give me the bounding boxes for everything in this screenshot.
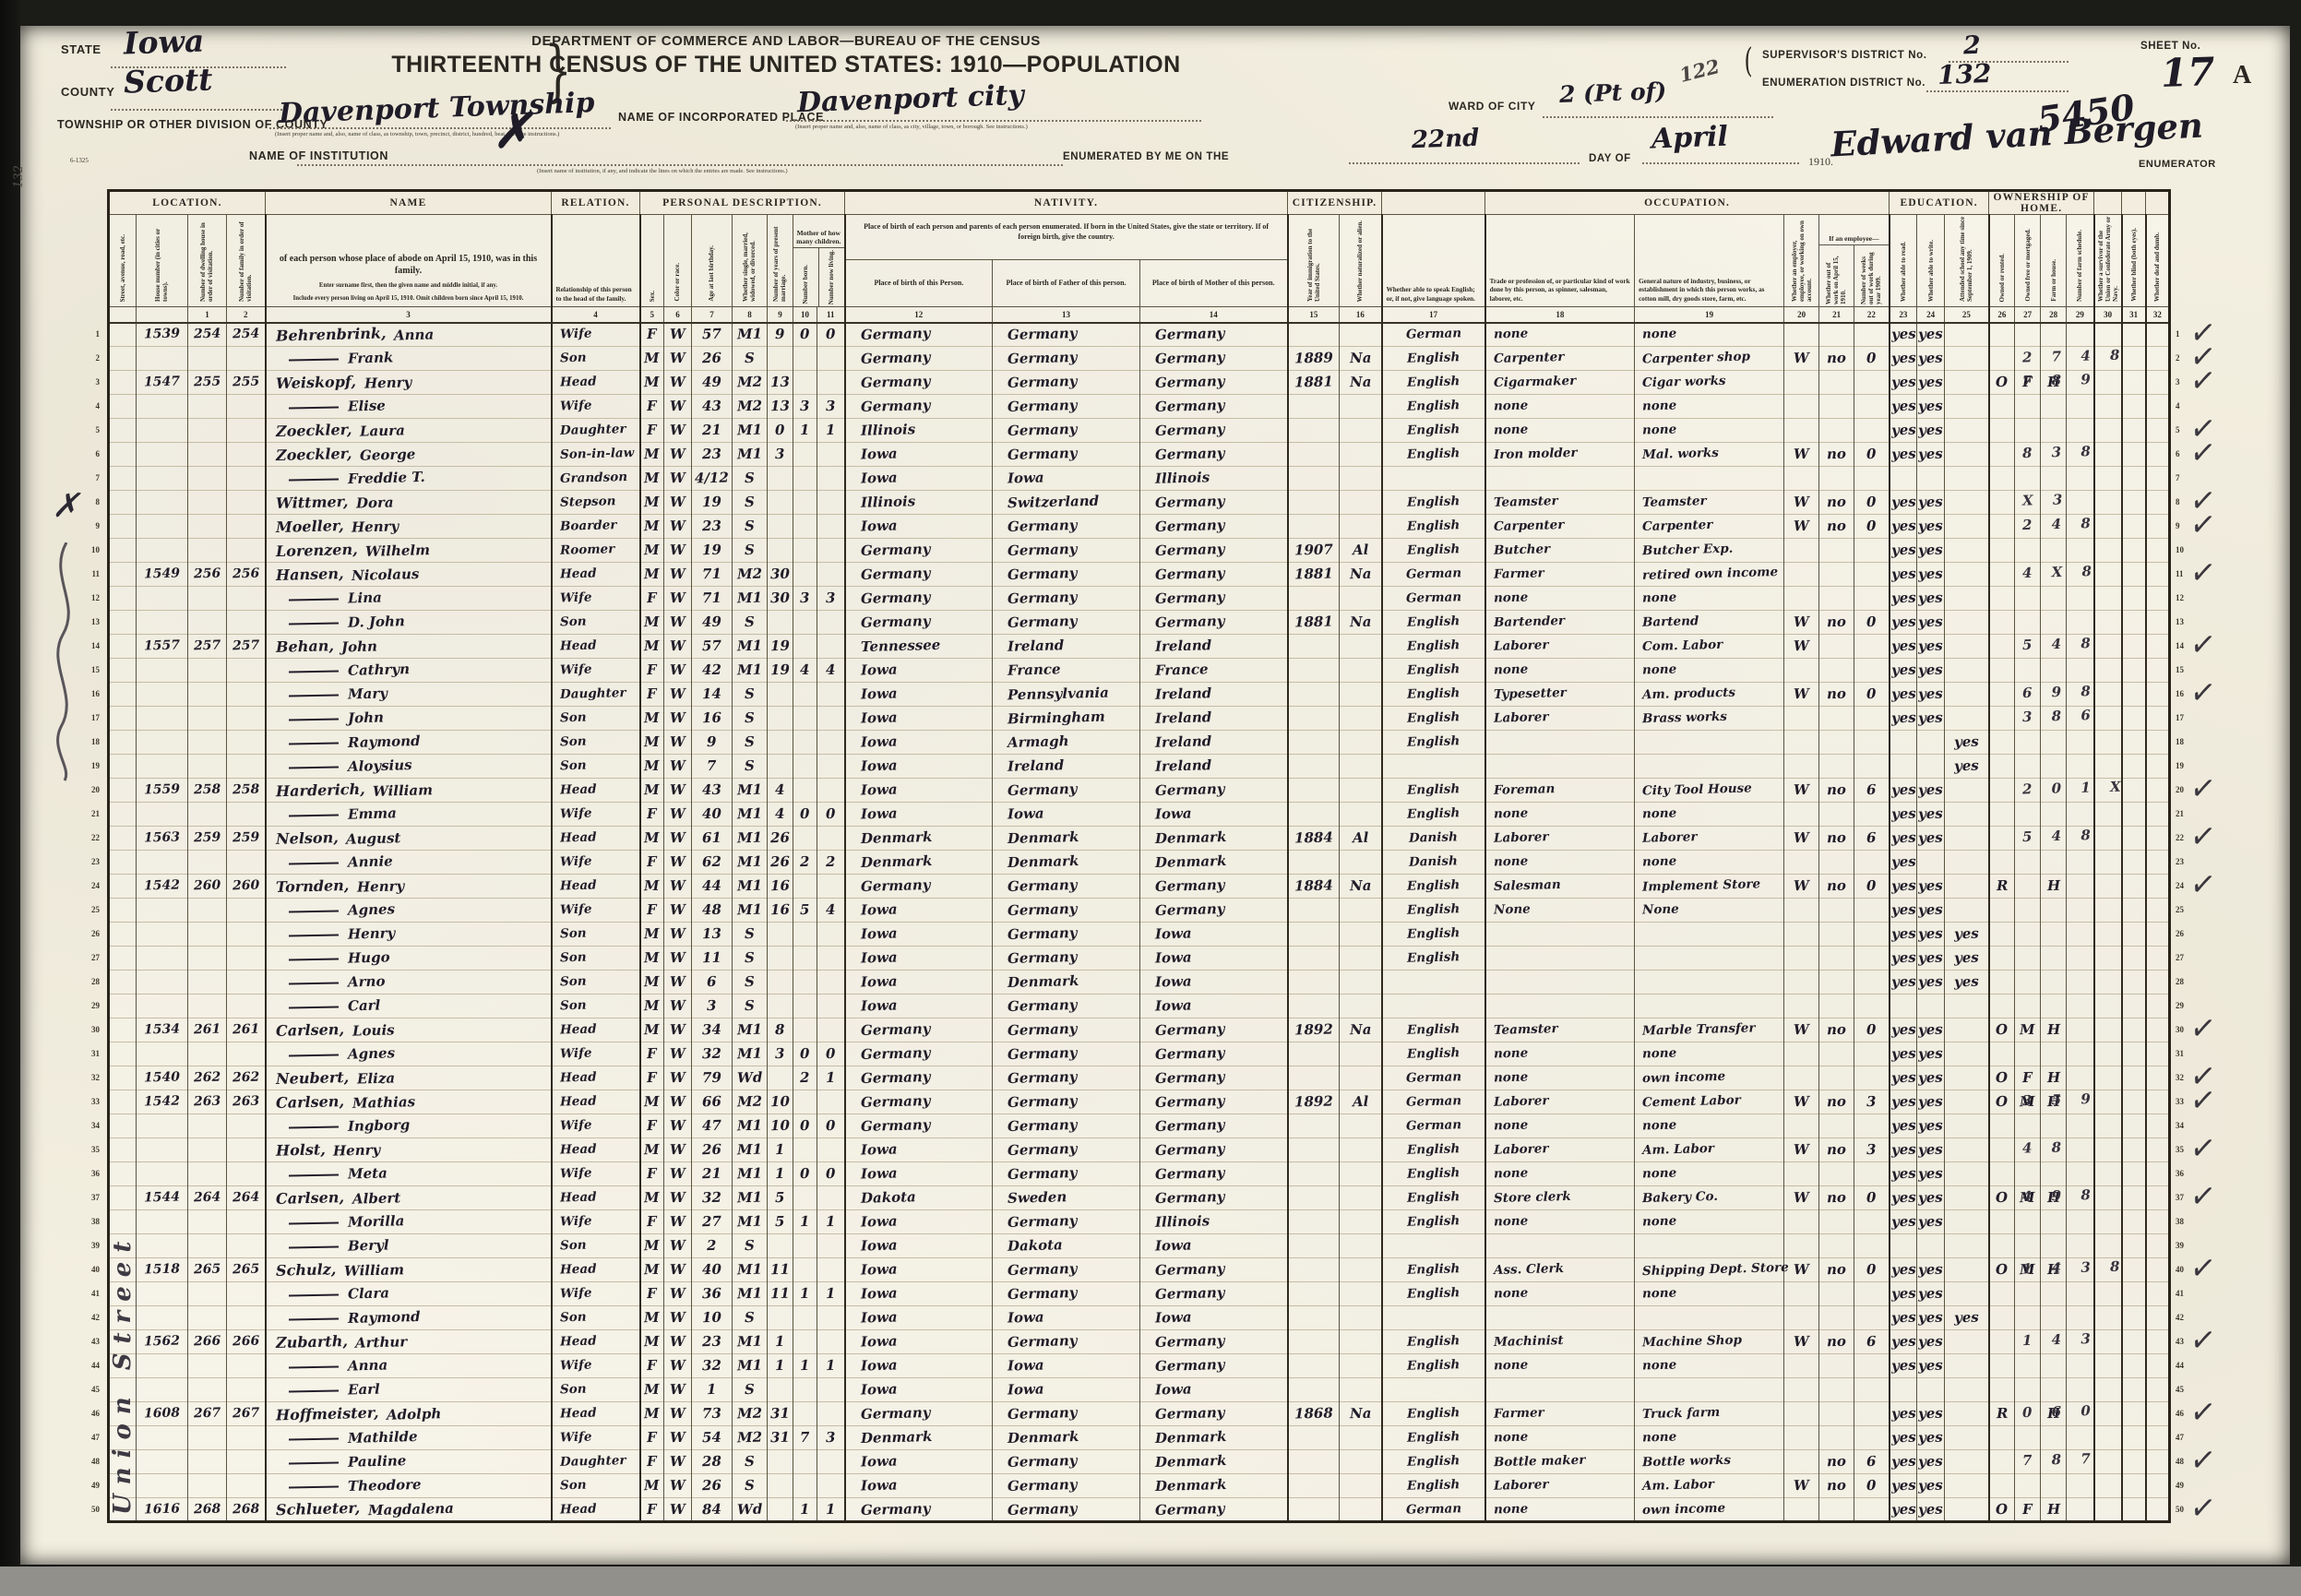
cell-cl: 1	[817, 1354, 845, 1378]
cell-dw	[188, 1306, 227, 1330]
row-number-left: 13	[77, 617, 100, 626]
cell-dw	[188, 515, 227, 539]
cell-wr: yes	[1917, 347, 1945, 371]
cell-cb: 1	[793, 1498, 817, 1522]
cell-st	[109, 371, 137, 395]
cell-em	[1784, 755, 1819, 779]
cell-lg	[1382, 755, 1485, 779]
cell-na	[1340, 491, 1382, 515]
cell-rl: Son	[552, 1474, 640, 1498]
cell-df	[2146, 1474, 2170, 1498]
cell-lg: English	[1382, 1330, 1485, 1354]
row-number-left: 16	[77, 689, 100, 698]
cell-mb: Germany	[1140, 1282, 1288, 1306]
col-number: 3	[266, 307, 552, 323]
cell-sc	[1945, 899, 1989, 923]
cell-in: Bartend	[1635, 611, 1784, 635]
cell-hs	[137, 1138, 188, 1162]
cell-hs	[137, 1306, 188, 1330]
cell-mr: M1	[733, 1282, 768, 1306]
cell-sc	[1945, 995, 1989, 1018]
cell-em	[1784, 419, 1819, 443]
cell-ag: 32	[692, 1354, 733, 1378]
cell-bp: Germany	[845, 1066, 993, 1090]
cell-ag: 23	[692, 443, 733, 467]
row-number-left: 15	[77, 665, 100, 674]
cell-in: own income	[1635, 1498, 1784, 1522]
cell-lg: English	[1382, 899, 1485, 923]
cell-in	[1635, 1306, 1784, 1330]
cell-in: Carpenter shop	[1635, 347, 1784, 371]
cell-cr: W	[664, 1066, 692, 1090]
cell-dw	[188, 1282, 227, 1306]
cell-o1	[1989, 779, 2015, 803]
cell-tr: Iron molder	[1485, 443, 1635, 467]
cell-ag: 21	[692, 1162, 733, 1186]
cell-bl	[2122, 731, 2146, 755]
cell-o1	[1989, 755, 2015, 779]
cell-sc	[1945, 1498, 1989, 1522]
cell-rd: yes	[1890, 1210, 1917, 1234]
cell-tr: Laborer	[1485, 1090, 1635, 1114]
cell-ow: no	[1819, 1090, 1854, 1114]
cell-cb: 3	[793, 395, 817, 419]
cell-ag: 48	[692, 899, 733, 923]
cell-wk	[1854, 1114, 1890, 1138]
cell-ym: 1	[768, 1330, 793, 1354]
cell-fm	[227, 1234, 266, 1258]
cell-tr	[1485, 1378, 1635, 1402]
cell-na	[1340, 947, 1382, 971]
paren-glyph: (	[1744, 42, 1752, 80]
checkmark: ✓	[2188, 1006, 2219, 1051]
cell-sc	[1945, 875, 1989, 899]
cell-im	[1288, 707, 1340, 731]
cell-sx: F	[640, 1114, 664, 1138]
cell-sc	[1945, 587, 1989, 611]
cell-ag: 2	[692, 1234, 733, 1258]
cell-in: Am. Labor	[1635, 1474, 1784, 1498]
cell-ag: 43	[692, 395, 733, 419]
cell-ow	[1819, 947, 1854, 971]
col-number: 29	[2067, 307, 2094, 323]
cell-cl	[817, 563, 845, 587]
cell-df	[2146, 347, 2170, 371]
cell-rl: Son	[552, 611, 640, 635]
cell-rl: Son	[552, 923, 640, 947]
cell-wr: yes	[1917, 683, 1945, 707]
cell-tr: Farmer	[1485, 1402, 1635, 1426]
cell-mb: Germany	[1140, 395, 1288, 419]
cell-em	[1784, 1114, 1819, 1138]
cell-em: W	[1784, 1474, 1819, 1498]
cell-im	[1288, 683, 1340, 707]
cell-o1	[1989, 515, 2015, 539]
cell-o4	[2067, 1474, 2094, 1498]
table-row: 1540262262Neubert,ElizaHeadFW79Wd21Germa…	[109, 1066, 2170, 1090]
cell-ow	[1819, 1498, 1854, 1522]
col-desc: Whether blind (both eyes).	[2122, 215, 2146, 307]
cell-im	[1288, 1474, 1340, 1498]
cell-o3	[2041, 419, 2067, 443]
cell-rl: Head	[552, 371, 640, 395]
row-number-right: 17	[2176, 713, 2194, 722]
cell-cr: W	[664, 899, 692, 923]
row-number-right: 13	[2176, 617, 2194, 626]
cell-o1	[1989, 1234, 2015, 1258]
cell-wr: yes	[1917, 1498, 1945, 1522]
cell-tr: Bartender	[1485, 611, 1635, 635]
cell-wk: 0	[1854, 875, 1890, 899]
cell-mb: France	[1140, 659, 1288, 683]
cell-hs	[137, 683, 188, 707]
cell-in: Teamster	[1635, 491, 1784, 515]
cell-na	[1340, 707, 1382, 731]
cell-tr	[1485, 995, 1635, 1018]
table-row: PaulineDaughterFW28SIowaGermanyDenmarkEn…	[109, 1450, 2170, 1474]
cell-rd: yes	[1890, 1258, 1917, 1282]
county-label: COUNTY	[61, 85, 115, 99]
cell-ym: 5	[768, 1186, 793, 1210]
cell-wk	[1854, 731, 1890, 755]
row-number-left: 46	[77, 1409, 100, 1418]
cell-o1	[1989, 1138, 2015, 1162]
cell-sc	[1945, 395, 1989, 419]
cell-vt	[2094, 1090, 2122, 1114]
cell-im	[1288, 635, 1340, 659]
cell-mb: Germany	[1140, 1330, 1288, 1354]
cell-o1	[1989, 323, 2015, 347]
cell-nm: Annie	[266, 851, 552, 875]
cell-nm: Clara	[266, 1282, 552, 1306]
cell-fm	[227, 587, 266, 611]
place-hint: (Insert proper name and, also, name of c…	[795, 124, 1028, 130]
cell-dw: 257	[188, 635, 227, 659]
cell-wk: 0	[1854, 491, 1890, 515]
cell-st	[109, 419, 137, 443]
row-number-right: 31	[2176, 1049, 2194, 1058]
enumerated-month: April	[1651, 121, 1728, 156]
cell-nm: Pauline	[266, 1450, 552, 1474]
cell-mb: Germany	[1140, 515, 1288, 539]
cell-st	[109, 347, 137, 371]
cell-ag: 61	[692, 827, 733, 851]
table-row: CathrynWifeFW42M11944IowaFranceFranceEng…	[109, 659, 2170, 683]
cell-bp: Germany	[845, 1114, 993, 1138]
cell-ag: 71	[692, 587, 733, 611]
col-desc: Attended school any time since September…	[1945, 215, 1989, 307]
cell-hs	[137, 443, 188, 467]
cell-im	[1288, 779, 1340, 803]
cell-nm: Freddie T.	[266, 467, 552, 491]
cell-sc	[1945, 707, 1989, 731]
cell-rd: yes	[1890, 1474, 1917, 1498]
cell-mr: M1	[733, 419, 768, 443]
cell-ow: no	[1819, 515, 1854, 539]
cell-wk: 0	[1854, 1258, 1890, 1282]
cell-ag: 10	[692, 1306, 733, 1330]
cell-bl	[2122, 1042, 2146, 1066]
cell-cl	[817, 1378, 845, 1402]
cell-nm: Meta	[266, 1162, 552, 1186]
cell-o2	[2015, 947, 2041, 971]
cell-cl	[817, 539, 845, 563]
institution-value: ✗	[492, 102, 532, 158]
cell-im: 1889	[1288, 347, 1340, 371]
cell-mb: Iowa	[1140, 947, 1288, 971]
cell-im	[1288, 995, 1340, 1018]
cell-vt	[2094, 1210, 2122, 1234]
cell-cl	[817, 707, 845, 731]
cell-hs: 1534	[137, 1018, 188, 1042]
cell-df	[2146, 947, 2170, 971]
cell-rl: Head	[552, 827, 640, 851]
cell-bp: Denmark	[845, 851, 993, 875]
cell-wk: 0	[1854, 347, 1890, 371]
cell-ow	[1819, 803, 1854, 827]
row-number-right: 39	[2176, 1241, 2194, 1250]
cell-cl	[817, 1018, 845, 1042]
cell-bp: Iowa	[845, 1210, 993, 1234]
cell-hs	[137, 1210, 188, 1234]
table-row: 1559258258Harderich,WilliamHeadMW43M14Io…	[109, 779, 2170, 803]
cell-sc	[1945, 1258, 1989, 1282]
cell-wk: 0	[1854, 443, 1890, 467]
cell-hs	[137, 347, 188, 371]
cell-na	[1340, 923, 1382, 947]
cell-lg	[1382, 1378, 1485, 1402]
group-title	[2146, 191, 2170, 215]
cell-nm: Carlsen,Mathias	[266, 1090, 552, 1114]
cell-fm	[227, 515, 266, 539]
cell-in: own income	[1635, 1066, 1784, 1090]
cell-o3	[2041, 1378, 2067, 1402]
cell-vt	[2094, 923, 2122, 947]
row-number-left: 10	[77, 545, 100, 554]
cell-ow	[1819, 755, 1854, 779]
cell-o1: O	[1989, 1258, 2015, 1282]
cell-sx: M	[640, 371, 664, 395]
cell-na	[1340, 467, 1382, 491]
cell-bl	[2122, 1090, 2146, 1114]
cell-em	[1784, 323, 1819, 347]
cell-df	[2146, 419, 2170, 443]
cell-hs: 1562	[137, 1330, 188, 1354]
cell-o2	[2015, 875, 2041, 899]
cell-o1	[1989, 1306, 2015, 1330]
cell-na	[1340, 899, 1382, 923]
cell-sx: M	[640, 971, 664, 995]
checkmark: ✓	[2188, 1318, 2219, 1363]
cell-im	[1288, 323, 1340, 347]
cell-cb	[793, 371, 817, 395]
cell-sc	[1945, 851, 1989, 875]
cell-ym: 31	[768, 1426, 793, 1450]
table-row: AnnaWifeFW32M1111IowaIowaGermanyEnglishn…	[109, 1354, 2170, 1378]
cell-mb: Germany	[1140, 1138, 1288, 1162]
cell-cb: 1	[793, 1210, 817, 1234]
cell-dw	[188, 1426, 227, 1450]
cell-cr: W	[664, 851, 692, 875]
row-number-left: 42	[77, 1313, 100, 1322]
cell-vt	[2094, 899, 2122, 923]
cell-bp: Iowa	[845, 779, 993, 803]
cell-sc	[1945, 1402, 1989, 1426]
cell-rd: yes	[1890, 1138, 1917, 1162]
checkmark: ✓	[2188, 551, 2219, 595]
cell-tr	[1485, 923, 1635, 947]
cell-ow	[1819, 1306, 1854, 1330]
cell-wk	[1854, 1378, 1890, 1402]
row-number-left: 38	[77, 1217, 100, 1226]
cell-o4	[2067, 1018, 2094, 1042]
cell-fb: Sweden	[993, 1186, 1140, 1210]
cell-rl: Head	[552, 1138, 640, 1162]
row-number-left: 27	[77, 953, 100, 962]
cell-cb	[793, 1450, 817, 1474]
cell-lg: English	[1382, 515, 1485, 539]
cell-df	[2146, 539, 2170, 563]
cell-hs	[137, 467, 188, 491]
col-number: 26	[1989, 307, 2015, 323]
table-row: D. JohnSonMW49SGermanyGermanyGermany1881…	[109, 611, 2170, 635]
row-number-left: 36	[77, 1169, 100, 1178]
cell-df	[2146, 827, 2170, 851]
cell-bp: Iowa	[845, 923, 993, 947]
cell-ow: no	[1819, 1474, 1854, 1498]
cell-o1: O	[1989, 1498, 2015, 1522]
cell-df	[2146, 1378, 2170, 1402]
cell-cl	[817, 1138, 845, 1162]
cell-vt	[2094, 1474, 2122, 1498]
cell-sc	[1945, 1282, 1989, 1306]
row-number-right: 41	[2176, 1289, 2194, 1298]
cell-o2	[2015, 1378, 2041, 1402]
cell-mr: M1	[733, 1258, 768, 1282]
cell-cr: W	[664, 1282, 692, 1306]
cell-ym	[768, 1450, 793, 1474]
cell-st	[109, 467, 137, 491]
cell-mb: Germany	[1140, 1498, 1288, 1522]
cell-cr: W	[664, 395, 692, 419]
supervisor-district-value: 2	[1962, 31, 1981, 61]
cell-dw	[188, 467, 227, 491]
cell-rl: Boarder	[552, 515, 640, 539]
cell-na	[1340, 1234, 1382, 1258]
cell-bl	[2122, 1114, 2146, 1138]
cell-cl	[817, 635, 845, 659]
sheet-value: 17	[2160, 49, 2215, 96]
cell-cb: 0	[793, 1114, 817, 1138]
cell-ow	[1819, 419, 1854, 443]
cell-df	[2146, 1138, 2170, 1162]
cell-bl	[2122, 1162, 2146, 1186]
cell-im	[1288, 515, 1340, 539]
cell-o4: 2 4 8	[2067, 515, 2094, 539]
col-desc: Farm or house.	[2041, 215, 2067, 307]
cell-vt	[2094, 395, 2122, 419]
cell-em	[1784, 923, 1819, 947]
cell-tr: none	[1485, 587, 1635, 611]
cell-na	[1340, 515, 1382, 539]
cell-na	[1340, 683, 1382, 707]
cell-in	[1635, 755, 1784, 779]
cell-vt	[2094, 827, 2122, 851]
cell-cl	[817, 755, 845, 779]
cell-wk	[1854, 1426, 1890, 1450]
cell-rl: Head	[552, 1066, 640, 1090]
cell-cr: W	[664, 371, 692, 395]
page-title: THIRTEENTH CENSUS OF THE UNITED STATES: …	[380, 52, 1192, 78]
cell-o4	[2067, 467, 2094, 491]
checkmark: ✓	[2188, 863, 2219, 907]
cell-cl: 4	[817, 899, 845, 923]
cell-in: Mal. works	[1635, 443, 1784, 467]
cell-tr: Laborer	[1485, 635, 1635, 659]
cell-cr: W	[664, 707, 692, 731]
cell-hs	[137, 1426, 188, 1450]
cell-hs	[137, 947, 188, 971]
cell-o1	[1989, 899, 2015, 923]
cell-mr: S	[733, 611, 768, 635]
row-number-left: 21	[77, 809, 100, 818]
cell-lg	[1382, 1234, 1485, 1258]
cell-sc	[1945, 1378, 1989, 1402]
cell-em	[1784, 1498, 1819, 1522]
cell-na	[1340, 1066, 1382, 1090]
cell-ag: 19	[692, 491, 733, 515]
cell-o4: 2 0 1 X	[2067, 779, 2094, 803]
cell-dw	[188, 491, 227, 515]
cell-fb: Germany	[993, 1090, 1140, 1114]
cell-vt	[2094, 1282, 2122, 1306]
cell-bl	[2122, 707, 2146, 731]
cell-cr: W	[664, 1402, 692, 1426]
cell-im: 1881	[1288, 611, 1340, 635]
cell-dw	[188, 899, 227, 923]
cell-nm: Tornden,Henry	[266, 875, 552, 899]
cell-sx: F	[640, 587, 664, 611]
cell-bl	[2122, 1426, 2146, 1450]
cell-ag: 57	[692, 323, 733, 347]
cell-rl: Wife	[552, 323, 640, 347]
cell-bl	[2122, 1306, 2146, 1330]
cell-cr: W	[664, 875, 692, 899]
cell-ag: 43	[692, 779, 733, 803]
cell-fm	[227, 1282, 266, 1306]
cell-bp: Illinois	[845, 419, 993, 443]
cell-rd: yes	[1890, 899, 1917, 923]
cell-in: Laborer	[1635, 827, 1784, 851]
cell-o4: 4 8	[2067, 1138, 2094, 1162]
cell-sx: M	[640, 1138, 664, 1162]
cell-im: 1907	[1288, 539, 1340, 563]
cell-tr: none	[1485, 1042, 1635, 1066]
cell-rd: yes	[1890, 659, 1917, 683]
cell-cl	[817, 1450, 845, 1474]
cell-mr: S	[733, 971, 768, 995]
cell-wr: yes	[1917, 1018, 1945, 1042]
cell-em: W	[1784, 515, 1819, 539]
cell-ow: no	[1819, 1186, 1854, 1210]
cell-st	[109, 491, 137, 515]
cell-fm: 265	[227, 1258, 266, 1282]
cell-o3	[2041, 611, 2067, 635]
col-desc: Whether an employer, employee, or workin…	[1784, 215, 1819, 307]
row-number-right: 26	[2176, 929, 2194, 938]
cell-nm: Harderich,William	[266, 779, 552, 803]
cell-dw	[188, 851, 227, 875]
